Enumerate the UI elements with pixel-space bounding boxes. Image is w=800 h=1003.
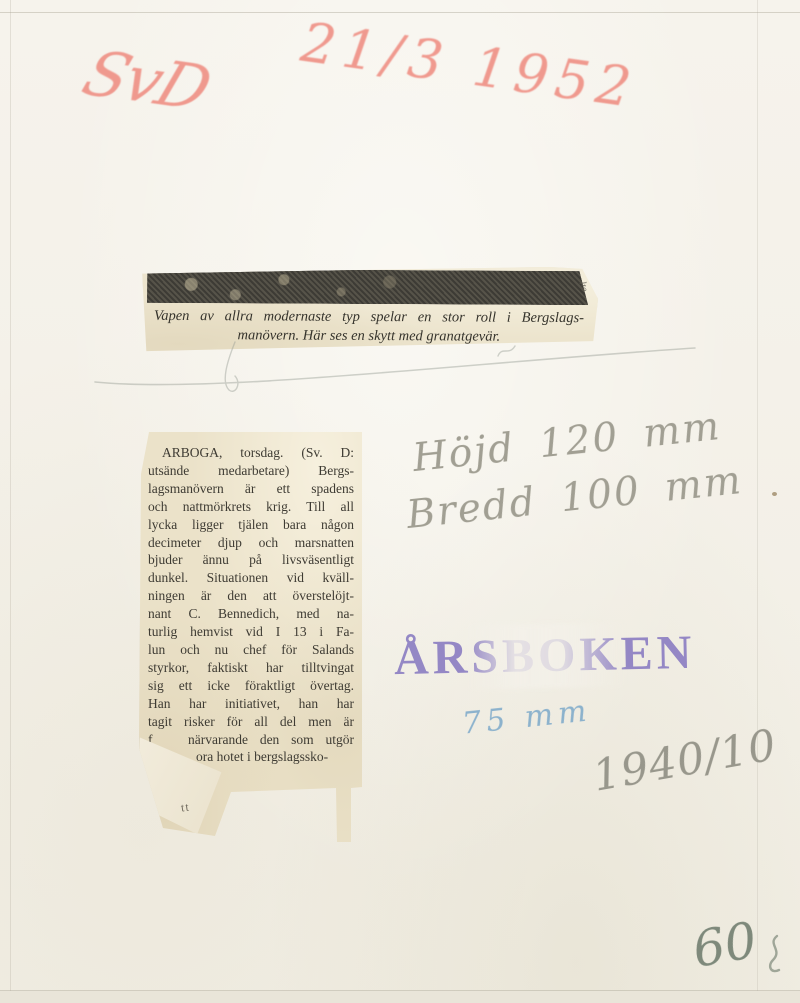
article-line: tagit risker för all del men är: [148, 713, 354, 731]
article-line: bjuder ännu på livsväsentligt: [148, 551, 354, 569]
article-line: lun och nu chef för Salands: [148, 641, 354, 659]
article-line: och nattmörkrets krig. Till all: [148, 498, 354, 516]
paper-speck: [772, 492, 777, 496]
arsboken-stamp: ÅRSBOKEN: [393, 625, 695, 686]
halftone-photo-fragment: [147, 269, 588, 305]
torn-text-fragment: tt: [180, 799, 191, 815]
article-line: utsände medarbetare) Bergs-: [148, 462, 354, 480]
red-ink-date: 21/3 1952: [297, 11, 641, 121]
pencil-squiggle-lines: [85, 334, 705, 396]
card-edge-right: [757, 0, 758, 1003]
article-line: lycka ligger tjälen bara någon: [148, 516, 354, 534]
card-edge-left: [10, 0, 11, 1003]
article-line: ARBOGA, torsdag. (Sv. D:: [148, 444, 354, 462]
corner-squiggle-mark: [757, 930, 793, 980]
article-line: f närvarande den som utgör: [148, 731, 354, 749]
card-edge-top: [0, 12, 800, 13]
article-line: lagsmanövern är ett spadens: [148, 480, 354, 498]
article-line: dunkel. Situationen vid kväll-: [148, 569, 354, 587]
article-text: ARBOGA, torsdag. (Sv. D: utsände medarbe…: [148, 444, 354, 766]
article-newspaper-clipping: ARBOGA, torsdag. (Sv. D: utsände medarbe…: [139, 432, 362, 844]
scanned-archive-card: SvD 21/3 1952 Vapen av allra modernaste …: [0, 0, 800, 1003]
caption-line: Vapen av allra modernaste typ spelar en …: [154, 307, 584, 328]
corner-price-mark: 60: [688, 911, 761, 979]
article-line: nant C. Bennedich, med na-: [148, 605, 354, 623]
red-ink-source-scrawl: SvD: [74, 37, 220, 124]
article-line: decimeter djup och marsnatten: [148, 534, 354, 552]
article-line: Han har initiativet, han har: [148, 695, 354, 713]
pencil-measurement-notes: Höjd 120 mm Bredd 100 mm: [410, 397, 745, 542]
article-line: ningen är den att överstelöjt-: [148, 587, 354, 605]
archive-number: 1940/10: [589, 720, 781, 801]
stamp-ink-fade: [465, 622, 626, 689]
clipping-edge-fragment: lte: [576, 280, 590, 293]
article-line: styrkor, faktiskt har tilltvingat: [148, 659, 354, 677]
article-line: sig ett icke föraktligt övertag.: [148, 677, 354, 695]
blue-pencil-note: 75 mm: [461, 693, 594, 741]
card-bottom-margin: [0, 991, 800, 1003]
article-line: turlig hemvist vid I 13 i Fa-: [148, 623, 354, 641]
